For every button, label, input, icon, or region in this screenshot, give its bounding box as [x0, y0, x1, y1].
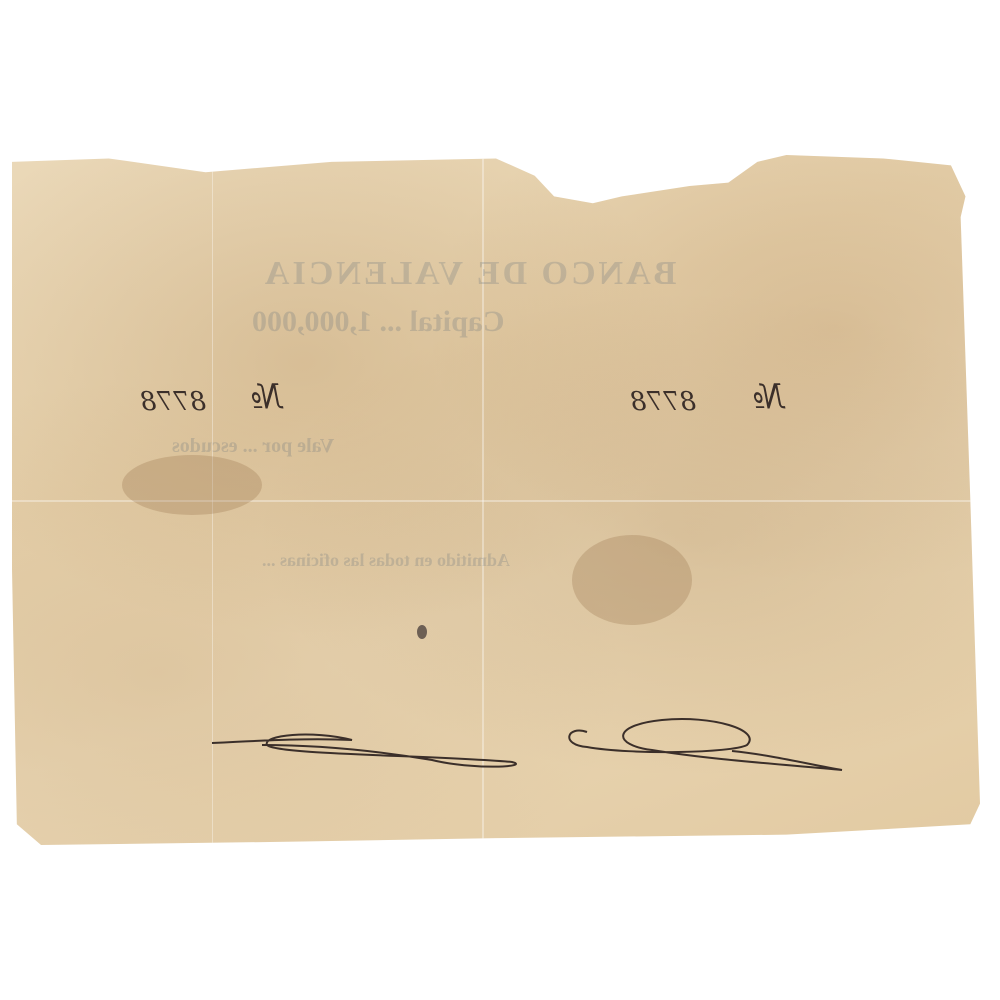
signatures	[12, 155, 980, 845]
signature-left	[212, 735, 516, 767]
signature-right	[569, 719, 842, 770]
banknote: BANCO DE VALENCIA Capital ... 1,000,000 …	[12, 155, 980, 845]
